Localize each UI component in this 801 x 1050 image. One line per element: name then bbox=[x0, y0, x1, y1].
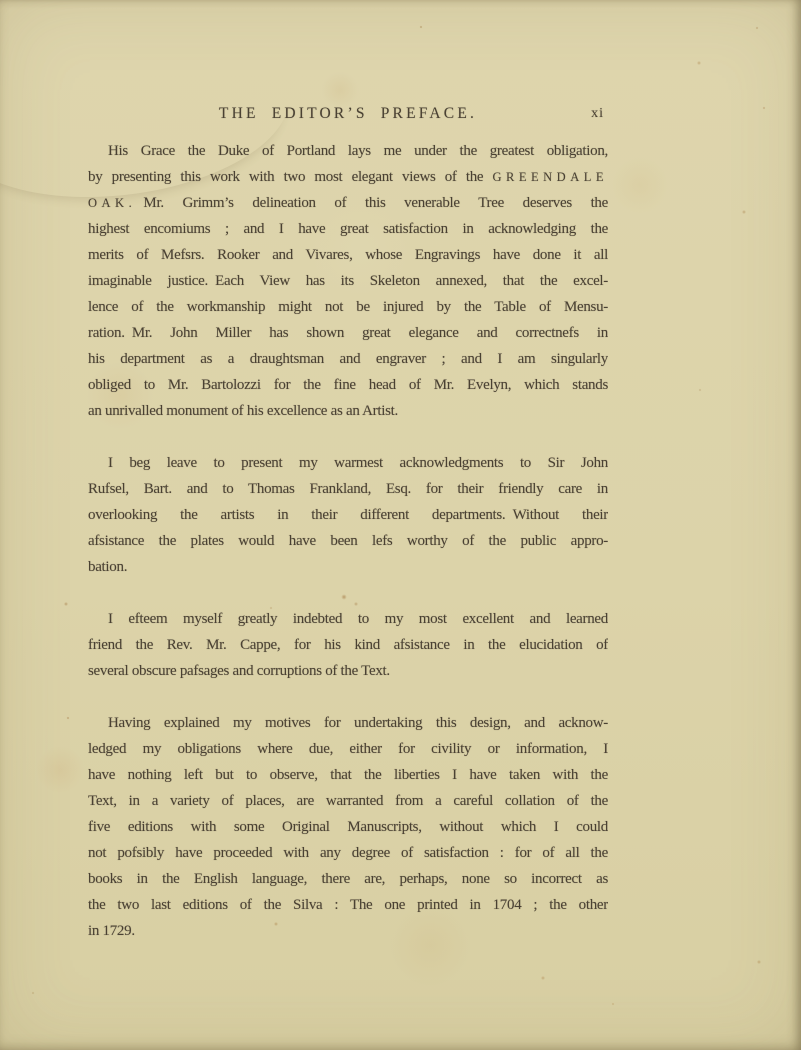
text-block: THE EDITOR’S PREFACE. xi His Grace the D… bbox=[88, 104, 608, 944]
paragraph-3: I efteem myself greatly indebted to my m… bbox=[88, 606, 608, 684]
smallcaps-word: GREENDALE bbox=[493, 170, 609, 184]
text-line: obliged to Mr. Bartolozzi for the fine h… bbox=[88, 372, 608, 398]
text-line: Text, in a variety of places, are warran… bbox=[88, 788, 608, 814]
text-line: afsistance the plates would have been le… bbox=[88, 528, 608, 554]
paragraph-1: His Grace the Duke of Portland lays me u… bbox=[88, 138, 608, 424]
book-page: THE EDITOR’S PREFACE. xi His Grace the D… bbox=[0, 0, 801, 1050]
text-line: imaginable justice. Each View has its Sk… bbox=[88, 268, 608, 294]
text-line: friend the Rev. Mr. Cappe, for his kind … bbox=[88, 632, 608, 658]
text-line: have nothing left but to observe, that t… bbox=[88, 762, 608, 788]
text-line: an unrivalled monument of his excellence… bbox=[88, 398, 608, 424]
paragraph-4: Having explained my motives for undertak… bbox=[88, 710, 608, 944]
text-line: by presenting this work with two most el… bbox=[88, 164, 608, 190]
text-line: his department as a draughtsman and engr… bbox=[88, 346, 608, 372]
text-line: lence of the workmanship might not be in… bbox=[88, 294, 608, 320]
text-line: I beg leave to present my warmest acknow… bbox=[88, 450, 608, 476]
text-line: not pofsibly have proceeded with any deg… bbox=[88, 840, 608, 866]
paragraph-2: I beg leave to present my warmest acknow… bbox=[88, 450, 608, 580]
page-number: xi bbox=[591, 104, 604, 124]
text-segment: Mr. Grimm’s delineation of this venerabl… bbox=[136, 195, 608, 211]
text-line: Having explained my motives for undertak… bbox=[88, 710, 608, 736]
text-line: ledged my obligations where due, either … bbox=[88, 736, 608, 762]
text-line: merits of Mefsrs. Rooker and Vivares, wh… bbox=[88, 242, 608, 268]
text-line: ration. Mr. John Miller has shown great … bbox=[88, 320, 608, 346]
text-line: in 1729. bbox=[88, 918, 608, 944]
text-line: five editions with some Original Manuscr… bbox=[88, 814, 608, 840]
text-line: OAK. Mr. Grimm’s delineation of this ven… bbox=[88, 190, 608, 216]
text-line: I efteem myself greatly indebted to my m… bbox=[88, 606, 608, 632]
text-line: His Grace the Duke of Portland lays me u… bbox=[88, 138, 608, 164]
text-line: several obscure pafsages and corruptions… bbox=[88, 658, 608, 684]
text-line: highest encomiums ; and I have great sat… bbox=[88, 216, 608, 242]
text-line: bation. bbox=[88, 554, 608, 580]
running-head-title: THE EDITOR’S PREFACE. bbox=[88, 104, 608, 124]
text-segment: by presenting this work with two most el… bbox=[88, 169, 493, 185]
text-line: overlooking the artists in their differe… bbox=[88, 502, 608, 528]
text-line: books in the English language, there are… bbox=[88, 866, 608, 892]
text-line: the two last editions of the Silva : The… bbox=[88, 892, 608, 918]
smallcaps-word: OAK. bbox=[88, 196, 136, 210]
text-line: Rufsel, Bart. and to Thomas Frankland, E… bbox=[88, 476, 608, 502]
running-head: THE EDITOR’S PREFACE. xi bbox=[88, 104, 608, 124]
